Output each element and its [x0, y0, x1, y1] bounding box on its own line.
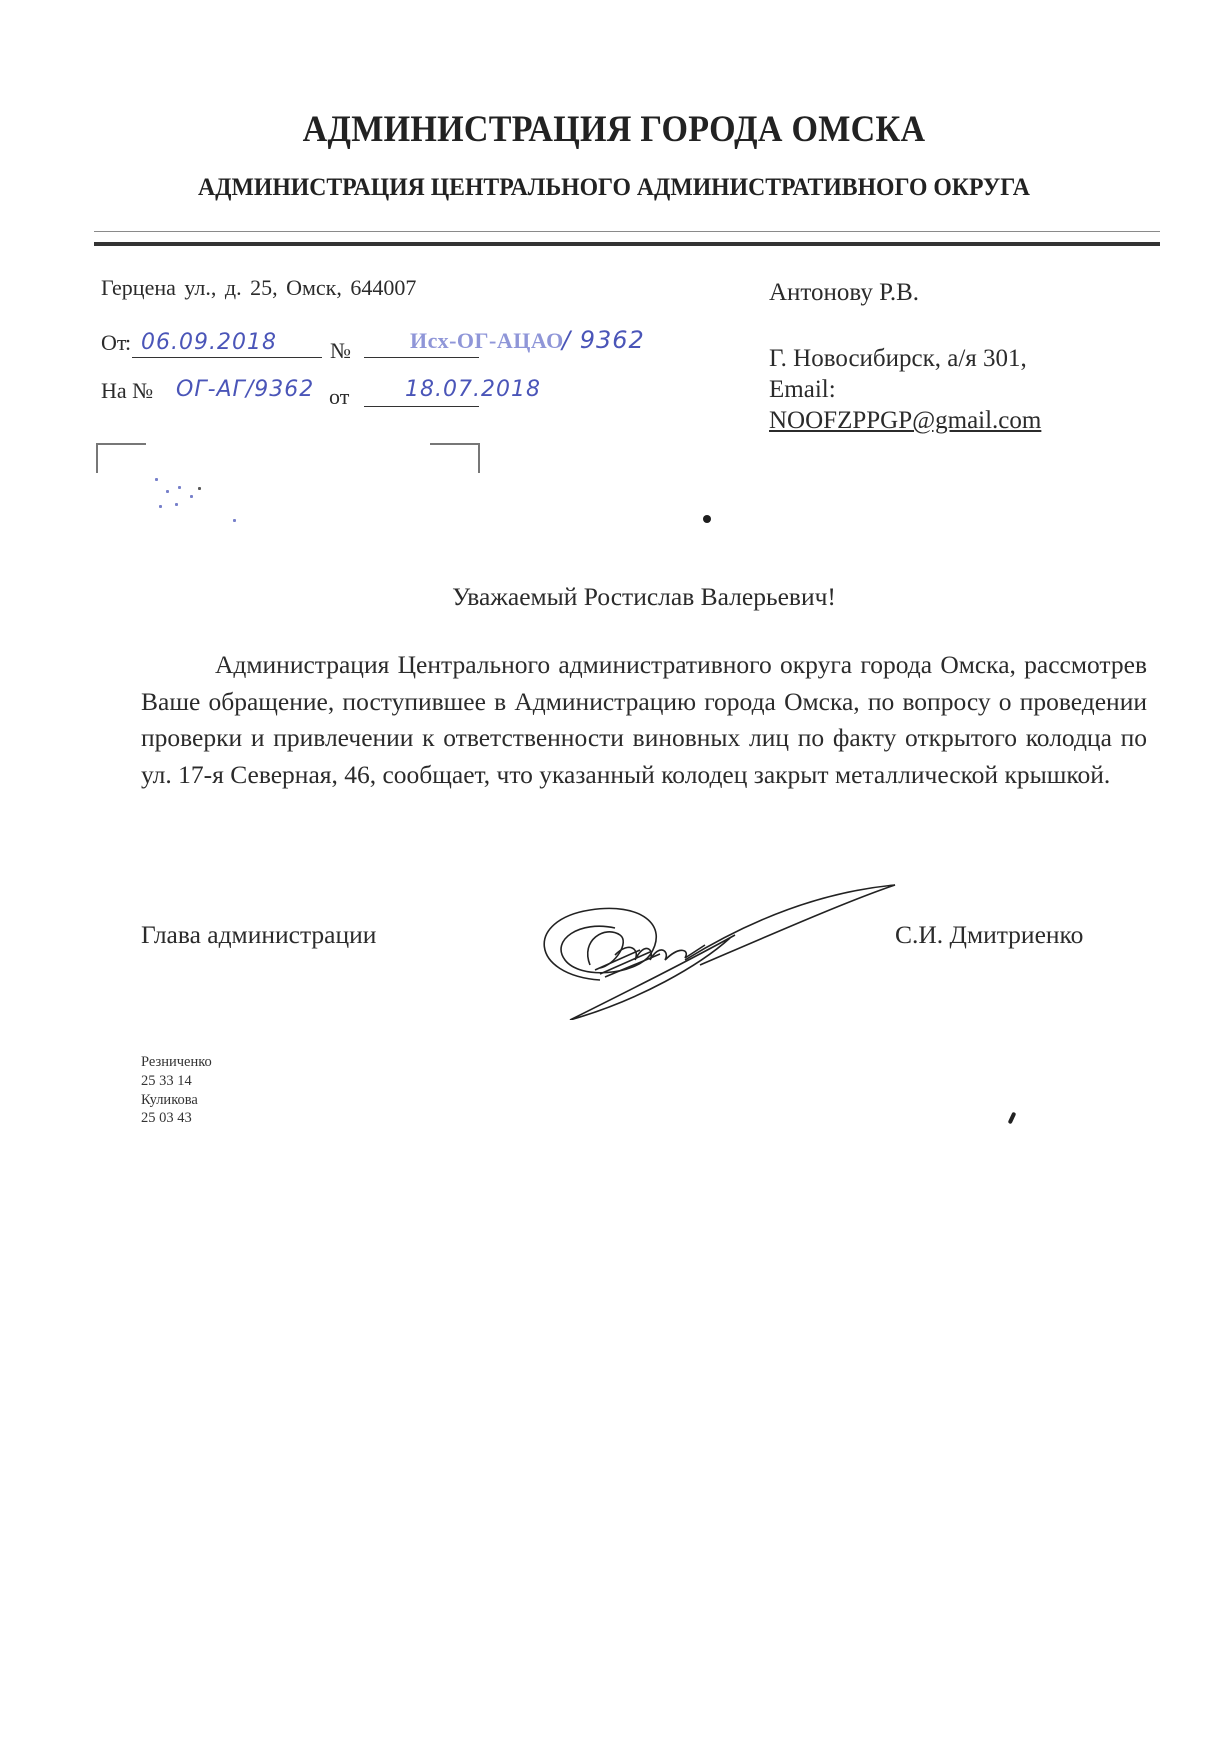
sender-address: Герцена ул., д. 25, Омск, 644007	[101, 275, 416, 301]
ink-speck	[233, 519, 236, 522]
outgoing-stamp: Исх-ОГ-АЦАО	[410, 328, 564, 354]
ink-speck	[198, 487, 201, 490]
organization-title: АДМИНИСТРАЦИЯ ГОРОДА ОМСКА	[49, 108, 1179, 151]
executors-block: Резниченко 25 33 14 Куликова 25 03 43	[141, 1053, 212, 1128]
from-date: 06.09.2018	[141, 330, 277, 355]
letter-body: Администрация Центрального административ…	[141, 647, 1147, 793]
handwritten-signature-icon	[520, 880, 900, 1020]
executor-name: Куликова	[141, 1091, 212, 1110]
scan-mark	[1008, 1112, 1017, 1125]
address-window-corner-left	[96, 443, 146, 473]
from-colon: :	[125, 330, 131, 356]
recipient-email-link[interactable]: NOOFZPPGP@gmail.com	[769, 406, 1041, 436]
header-divider-thick	[94, 242, 1160, 246]
outgoing-number: / 9362	[562, 326, 645, 354]
reply-date-label: от	[329, 384, 349, 410]
executor-name: Резниченко	[141, 1053, 212, 1072]
ink-speck	[155, 478, 158, 481]
reply-date-underline	[364, 406, 479, 407]
header-divider-thin	[94, 231, 1160, 232]
ink-speck	[166, 490, 169, 493]
executor-phone: 25 03 43	[141, 1109, 212, 1128]
from-label: От	[101, 330, 127, 356]
recipient-email-label: Email:	[769, 375, 836, 405]
letter-greeting: Уважаемый Ростислав Валерьевич!	[0, 582, 1228, 612]
signatory-name: С.И. Дмитриенко	[895, 920, 1083, 950]
scan-dot	[703, 515, 711, 523]
reply-date: 18.07.2018	[405, 377, 541, 402]
signatory-role: Глава администрации	[141, 920, 376, 950]
reply-label: На №	[101, 378, 153, 404]
ink-speck	[175, 503, 178, 506]
department-title: АДМИНИСТРАЦИЯ ЦЕНТРАЛЬНОГО АДМИНИСТРАТИВ…	[43, 172, 1185, 202]
executor-phone: 25 33 14	[141, 1072, 212, 1091]
ink-speck	[178, 486, 181, 489]
address-window-corner-right	[430, 443, 480, 473]
recipient-name: Антонову Р.В.	[769, 278, 919, 308]
reply-number: ОГ-АГ/9362	[176, 377, 314, 402]
ink-speck	[159, 505, 162, 508]
ink-speck	[190, 495, 193, 498]
from-date-underline	[132, 357, 322, 358]
number-label: №	[330, 338, 351, 364]
outgoing-number-underline	[364, 357, 479, 358]
recipient-address: Г. Новосибирск, а/я 301,	[769, 344, 1027, 374]
